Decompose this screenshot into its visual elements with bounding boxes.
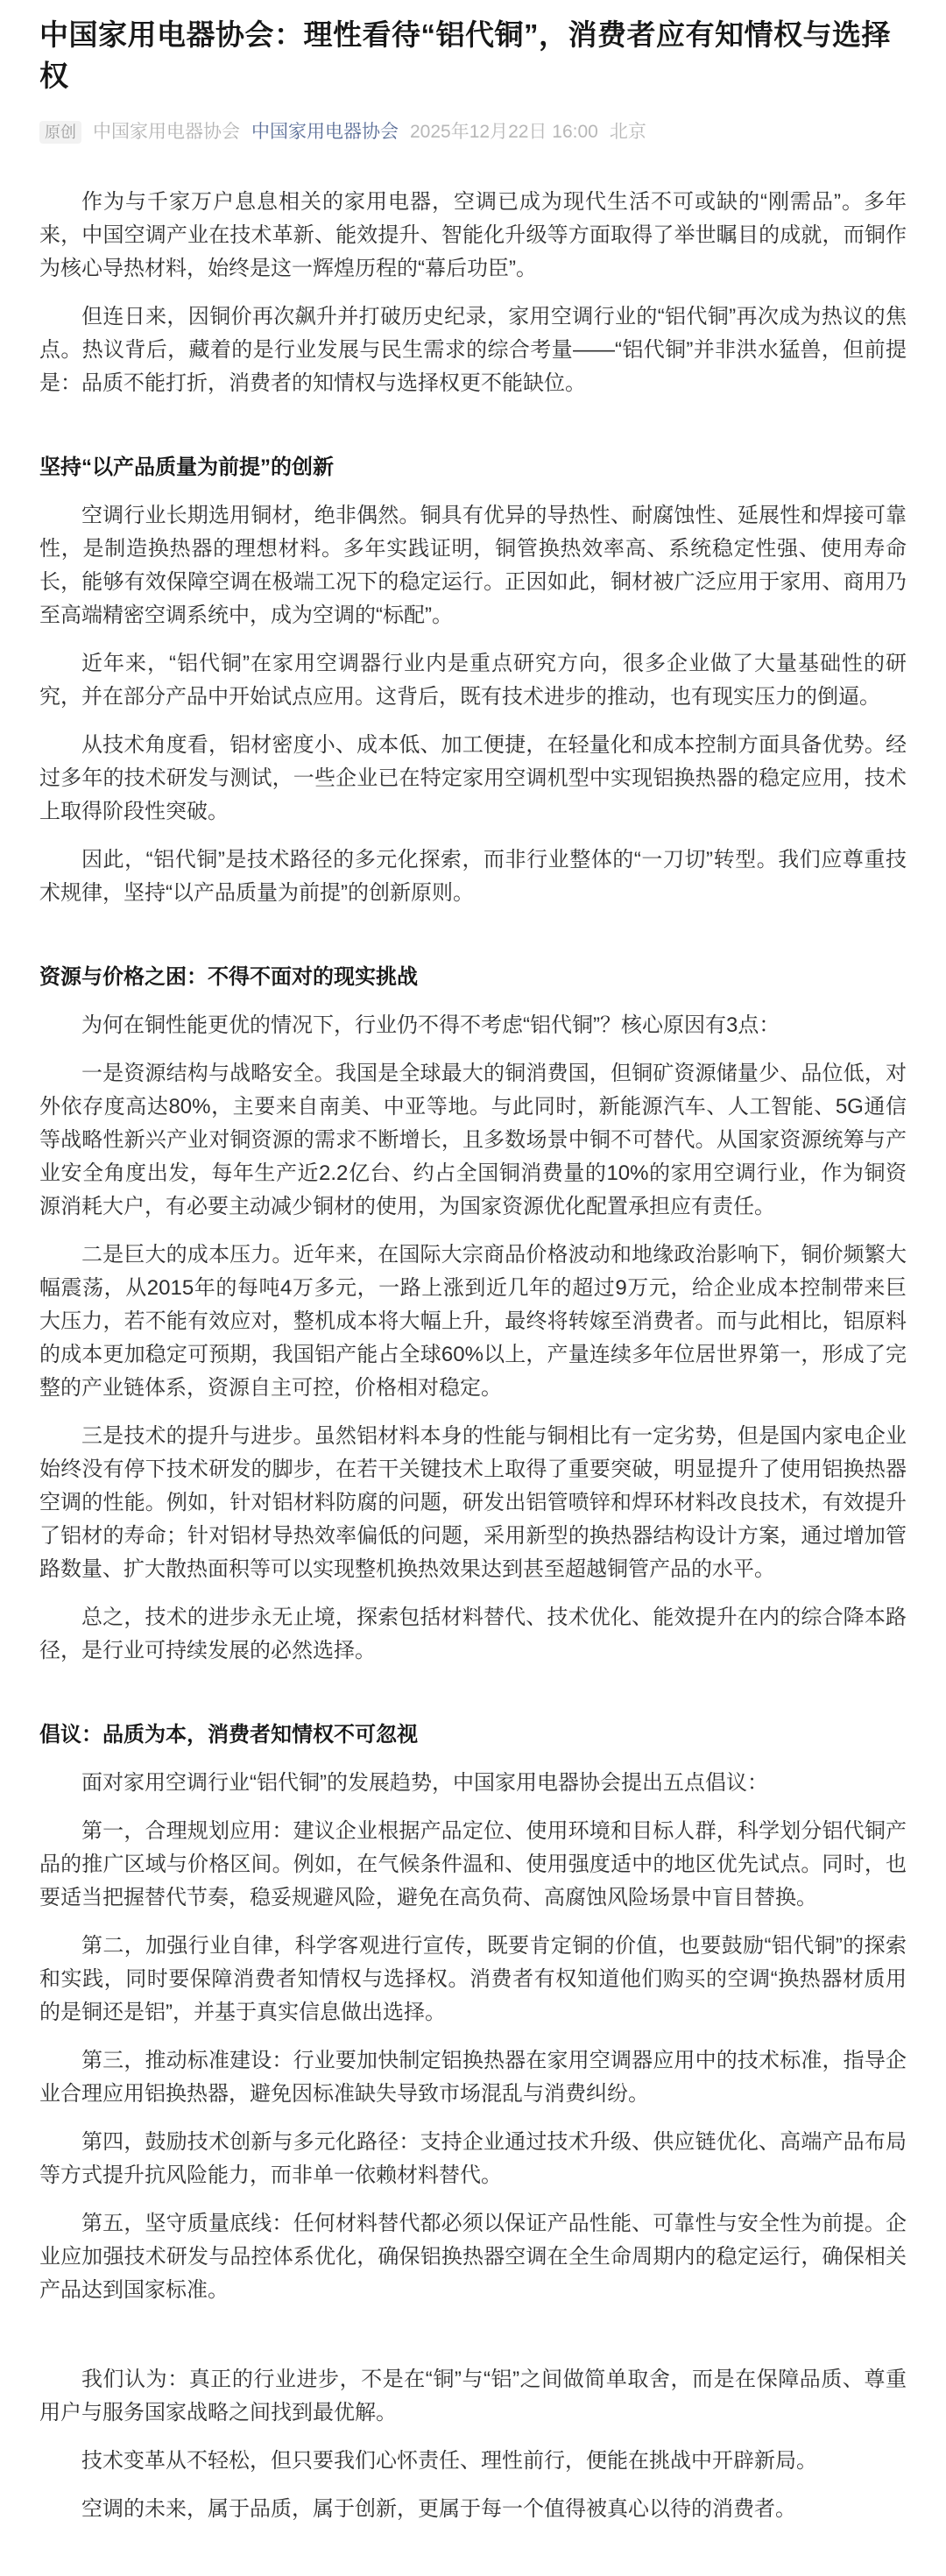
official-account-link[interactable]: 中国家用电器协会: [251, 119, 399, 145]
paragraph: 但连日来，因铜价再次飙升并打破历史纪录，家用空调行业的“铝代铜”再次成为热议的焦…: [39, 300, 907, 400]
paragraph: 我们认为：真正的行业进步，不是在“铜”与“铝”之间做简单取舍，而是在保障品质、尊…: [39, 2363, 907, 2430]
paragraph: 三是技术的提升与进步。虽然铝材料本身的性能与铜相比有一定劣势，但是国内家电企业始…: [39, 1420, 907, 1586]
paragraph: 一是资源结构与战略安全。我国是全球最大的铜消费国，但铜矿资源储量少、品位低，对外…: [39, 1057, 907, 1224]
paragraph: 为何在铜性能更优的情况下，行业仍不得不考虑“铝代铜”？核心原因有3点：: [39, 1009, 907, 1042]
original-badge: 原创: [39, 121, 81, 144]
publish-datetime: 2025年12月22日 16:00: [410, 119, 598, 145]
article-body: 作为与千家万户息息相关的家用电器，空调已成为现代生活不可或缺的“刚需品”。多年来…: [39, 186, 907, 2526]
paragraph: 近年来，“铝代铜”在家用空调器行业内是重点研究方向，很多企业做了大量基础性的研究…: [39, 647, 907, 714]
paragraph: 从技术角度看，铝材密度小、成本低、加工便捷，在轻量化和成本控制方面具备优势。经过…: [39, 729, 907, 829]
section-heading: 倡议：品质为本，消费者知情权不可忽视: [39, 1719, 907, 1752]
paragraph: 第五，坚守质量底线：任何材料替代都必须以保证产品性能、可靠性与安全性为前提。企业…: [39, 2207, 907, 2307]
section-heading: 坚持“以产品质量为前提”的创新: [39, 451, 907, 484]
article-meta: 原创 中国家用电器协会 中国家用电器协会 2025年12月22日 16:00 北…: [39, 119, 907, 145]
paragraph: 作为与千家万户息息相关的家用电器，空调已成为现代生活不可或缺的“刚需品”。多年来…: [39, 186, 907, 286]
article-page: 中国家用电器协会：理性看待“铝代铜”，消费者应有知情权与选择权 原创 中国家用电…: [0, 0, 946, 2576]
article-title: 中国家用电器协会：理性看待“铝代铜”，消费者应有知情权与选择权: [39, 14, 907, 96]
paragraph: 第二，加强行业自律，科学客观进行宣传，既要肯定铜的价值，也要鼓励“铝代铜”的探索…: [39, 1930, 907, 2029]
publish-location: 北京: [610, 119, 646, 145]
paragraph: 空调行业长期选用铜材，绝非偶然。铜具有优异的导热性、耐腐蚀性、延展性和焊接可靠性…: [39, 499, 907, 632]
paragraph: 面对家用空调行业“铝代铜”的发展趋势，中国家用电器协会提出五点倡议：: [39, 1767, 907, 1800]
section-heading: 资源与价格之困：不得不面对的现实挑战: [39, 961, 907, 994]
author-name: 中国家用电器协会: [93, 119, 240, 145]
paragraph: 空调的未来，属于品质，属于创新，更属于每一个值得被真心以待的消费者。: [39, 2493, 907, 2526]
paragraph: 技术变革从不轻松，但只要我们心怀责任、理性前行，便能在挑战中开辟新局。: [39, 2445, 907, 2478]
paragraph: 第一，合理规划应用：建议企业根据产品定位、使用环境和目标人群，科学划分铝代铜产品…: [39, 1815, 907, 1915]
paragraph: 二是巨大的成本压力。近年来，在国际大宗商品价格波动和地缘政治影响下，铜价频繁大幅…: [39, 1239, 907, 1405]
paragraph: 第四，鼓励技术创新与多元化路径：支持企业通过技术升级、供应链优化、高端产品布局等…: [39, 2126, 907, 2192]
paragraph: 第三，推动标准建设：行业要加快制定铝换热器在家用空调器应用中的技术标准，指导企业…: [39, 2044, 907, 2111]
paragraph: 因此，“铝代铜”是技术路径的多元化探索，而非行业整体的“一刀切”转型。我们应尊重…: [39, 843, 907, 910]
paragraph: 总之，技术的进步永无止境，探索包括材料替代、技术优化、能效提升在内的综合降本路径…: [39, 1601, 907, 1668]
